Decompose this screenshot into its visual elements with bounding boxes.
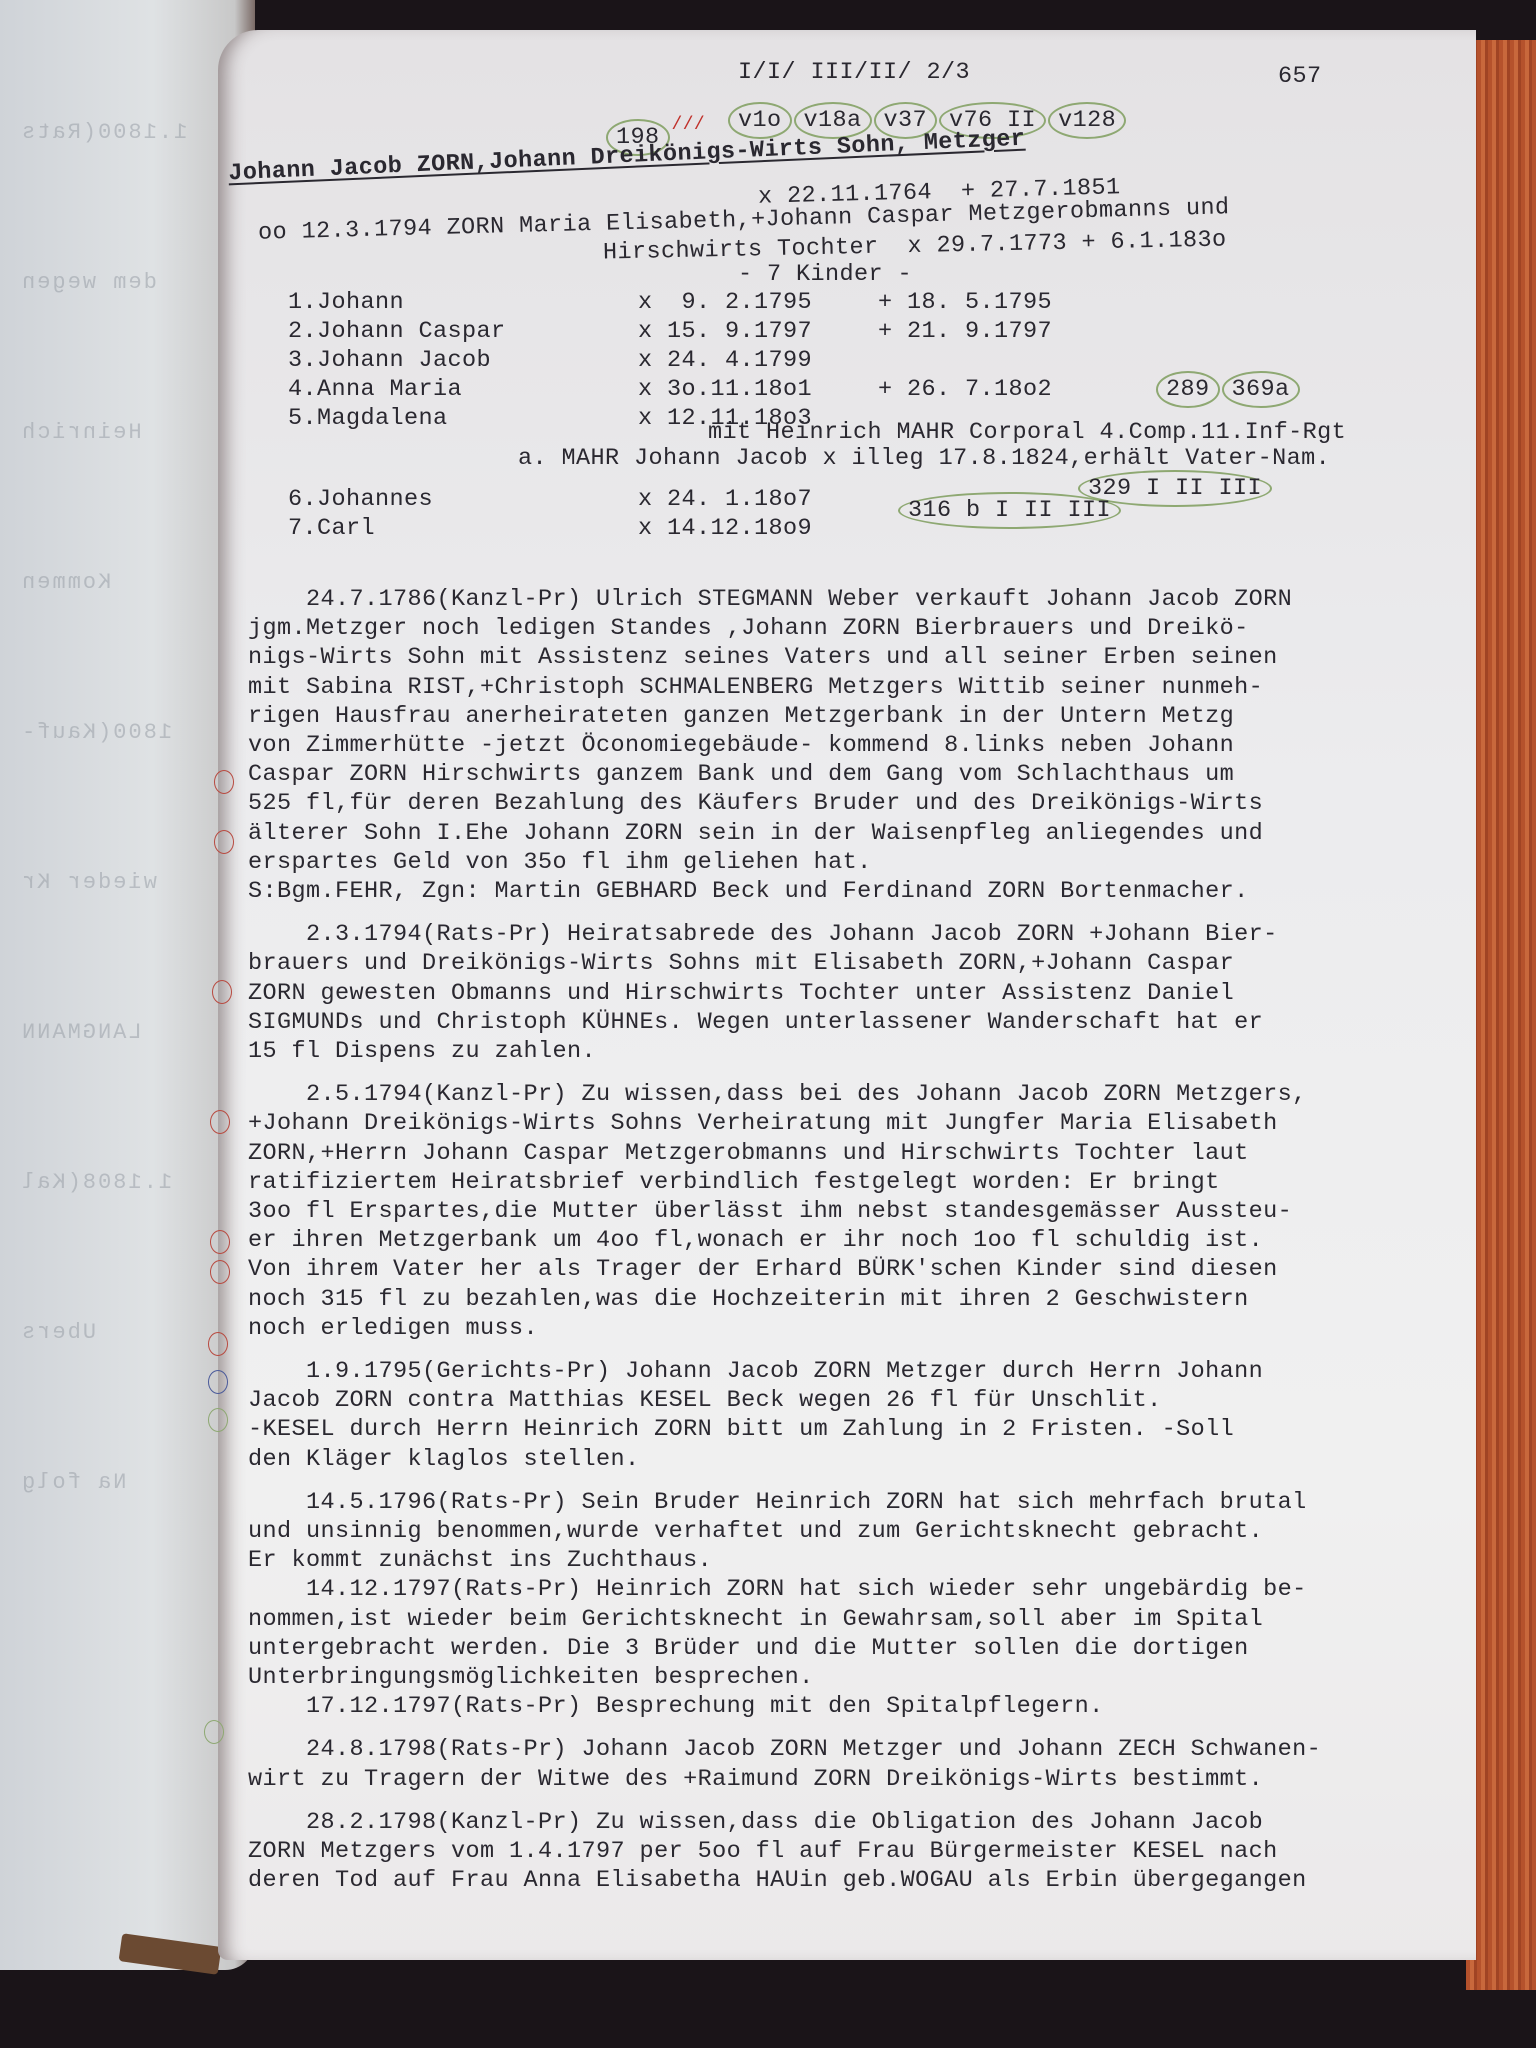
entry-line: 17.12.1797(Rats-Pr) Besprechung mit den …	[248, 1692, 1104, 1721]
child-born: x 14.12.18o9	[638, 514, 812, 543]
child-died: + 18. 5.1795	[878, 288, 1052, 317]
entry-line: noch erledigen muss.	[248, 1314, 538, 1343]
entry-line: nommen,ist wieder beim Gerichtsknecht in…	[248, 1605, 1263, 1634]
child-born: x 24. 4.1799	[638, 346, 812, 375]
margin-circle-mark	[212, 980, 232, 1004]
ghost-text-line: Na folg	[20, 1470, 126, 1495]
entry-line: 24.7.1786(Kanzl-Pr) Ulrich STEGMANN Webe…	[248, 585, 1292, 614]
entry-line: SIGMUNDs und Christoph KÜHNEs. Wegen unt…	[248, 1008, 1263, 1037]
entry-line: Er kommt zunächst ins Zuchthaus.	[248, 1546, 712, 1575]
ghost-text-line: wieder Kr	[20, 870, 157, 895]
entry-line: ZORN gewesten Obmanns und Hirschwirts To…	[248, 979, 1234, 1008]
entry-line: älterer Sohn I.Ehe Johann ZORN sein in d…	[248, 819, 1263, 848]
child-died: + 26. 7.18o2	[878, 375, 1052, 404]
entry-line: 1.9.1795(Gerichts-Pr) Johann Jacob ZORN …	[248, 1357, 1263, 1386]
margin-circle-mark	[208, 1408, 228, 1432]
entry-line: Caspar ZORN Hirschwirts ganzem Bank und …	[248, 760, 1234, 789]
entry-line: Jacob ZORN contra Matthias KESEL Beck we…	[248, 1386, 1162, 1415]
margin-circle-mark	[214, 830, 234, 854]
margin-circle-mark	[214, 770, 234, 794]
child-name: 1.Johann	[288, 288, 404, 317]
child-name: 4.Anna Maria	[288, 375, 462, 404]
entry-line: deren Tod auf Frau Anna Elisabetha HAUin…	[248, 1866, 1307, 1895]
right-page: I/I/ III/II/ 2/3 657 198/// v1ov18av37v7…	[218, 30, 1476, 1960]
entry-line: Unterbringungsmöglichkeiten besprechen.	[248, 1663, 814, 1692]
page-edges	[1466, 40, 1536, 1990]
entry-line: 15 fl Dispens zu zahlen.	[248, 1037, 596, 1066]
entry-line: 28.2.1798(Kanzl-Pr) Zu wissen,dass die O…	[248, 1808, 1263, 1837]
child-born: x 15. 9.1797	[638, 317, 812, 346]
ghost-text-line: 1.1800(Rats	[20, 120, 187, 145]
entry-line: erspartes Geld von 35o fl ihm geliehen h…	[248, 848, 872, 877]
ref-369a: 369a	[1222, 371, 1300, 408]
entry-line: -KESEL durch Herrn Heinrich ZORN bitt um…	[248, 1415, 1234, 1444]
ghost-text-line: dem wegen	[20, 270, 157, 295]
ref-circle: v128	[1048, 102, 1126, 139]
entry-line: 3oo fl Erspartes,die Mutter überlässt ih…	[248, 1197, 1292, 1226]
entry-line: den Kläger klaglos stellen.	[248, 1445, 640, 1474]
ghost-text-line: Kommen	[20, 570, 111, 595]
red-tick-icon: ///	[672, 115, 706, 135]
entry-line: und unsinnig benommen,wurde verhaftet un…	[248, 1517, 1263, 1546]
entry-line: 2.3.1794(Rats-Pr) Heiratsabrede des Joha…	[248, 920, 1278, 949]
entry-line: 14.12.1797(Rats-Pr) Heinrich ZORN hat si…	[248, 1575, 1307, 1604]
ref-circle: v1o	[728, 102, 792, 139]
entry-line: 14.5.1796(Rats-Pr) Sein Bruder Heinrich …	[248, 1488, 1307, 1517]
entry-line: mit Sabina RIST,+Christoph SCHMALENBERG …	[248, 673, 1263, 702]
ref-circle-316: 316 b I II III	[898, 492, 1123, 529]
entry-line: untergebracht werden. Die 3 Brüder und d…	[248, 1634, 1249, 1663]
child-born: x 9. 2.1795	[638, 288, 812, 317]
ref-316: 316 b I II III	[898, 492, 1121, 529]
entry-line: von Zimmerhütte -jetzt Öconomiegebäude- …	[248, 731, 1234, 760]
ghost-text-line: Ubers	[20, 1320, 96, 1345]
margin-circle-mark	[204, 1720, 224, 1744]
magdalena-note-1: mit Heinrich MAHR Corporal 4.Comp.11.Inf…	[708, 418, 1346, 447]
entry-line: 2.5.1794(Kanzl-Pr) Zu wissen,dass bei de…	[248, 1080, 1307, 1109]
margin-circle-mark	[210, 1110, 230, 1134]
ghost-text-line: 1.1808(Kal	[20, 1170, 172, 1195]
child-name: 6.Johannes	[288, 485, 433, 514]
ghost-text-line: Heinrich	[20, 420, 142, 445]
child-name: 7.Carl	[288, 514, 375, 543]
entry-line: nigs-Wirts Sohn mit Assistenz seines Vat…	[248, 643, 1278, 672]
entry-line: 24.8.1798(Rats-Pr) Johann Jacob ZORN Met…	[248, 1735, 1321, 1764]
margin-circle-mark	[208, 1370, 228, 1394]
margin-circle-mark	[210, 1230, 230, 1254]
child-name: 2.Johann Caspar	[288, 317, 506, 346]
ghost-text-line: LANGMANN	[20, 1020, 142, 1045]
entry-line: wirt zu Tragern der Witwe des +Raimund Z…	[248, 1765, 1263, 1794]
entry-line: jgm.Metzger noch ledigen Standes ,Johann…	[248, 614, 1249, 643]
child-name: 3.Johann Jacob	[288, 346, 491, 375]
entry-line: er ihren Metzgerbank um 4oo fl,wonach er…	[248, 1226, 1263, 1255]
entry-line: S:Bgm.FEHR, Zgn: Martin GEBHARD Beck und…	[248, 877, 1249, 906]
child-name: 5.Magdalena	[288, 404, 448, 433]
margin-circle-mark	[208, 1332, 228, 1356]
entry-line: ratifiziertem Heiratsbrief verbindlich f…	[248, 1168, 1220, 1197]
entry-line: 525 fl,für deren Bezahlung des Käufers B…	[248, 789, 1263, 818]
classification-code: I/I/ III/II/ 2/3	[738, 58, 970, 87]
magdalena-note-2: a. MAHR Johann Jacob x illeg 17.8.1824,e…	[518, 444, 1330, 473]
entry-line: +Johann Dreikönigs-Wirts Sohns Verheirat…	[248, 1109, 1278, 1138]
entry-line: rigen Hausfrau anerheirateten ganzen Met…	[248, 702, 1234, 731]
entry-line: ZORN Metzgers vom 1.4.1797 per 5oo fl au…	[248, 1837, 1278, 1866]
child-died: + 21. 9.1797	[878, 317, 1052, 346]
entry-line: Von ihrem Vater her als Trager der Erhar…	[248, 1255, 1278, 1284]
child-born: x 24. 1.18o7	[638, 485, 812, 514]
ghost-text-line: 1800(Kauf-	[20, 720, 172, 745]
ref-289: 289	[1156, 371, 1220, 408]
entry-line: noch 315 fl zu bezahlen,was die Hochzeit…	[248, 1285, 1249, 1314]
children-heading: - 7 Kinder -	[738, 260, 912, 289]
entry-line: ZORN,+Herrn Johann Caspar Metzgerobmanns…	[248, 1139, 1249, 1168]
margin-circle-mark	[210, 1260, 230, 1284]
child-born: x 3o.11.18o1	[638, 375, 812, 404]
page-number: 657	[1278, 62, 1322, 91]
entry-line: brauers und Dreikönigs-Wirts Sohns mit E…	[248, 949, 1234, 978]
